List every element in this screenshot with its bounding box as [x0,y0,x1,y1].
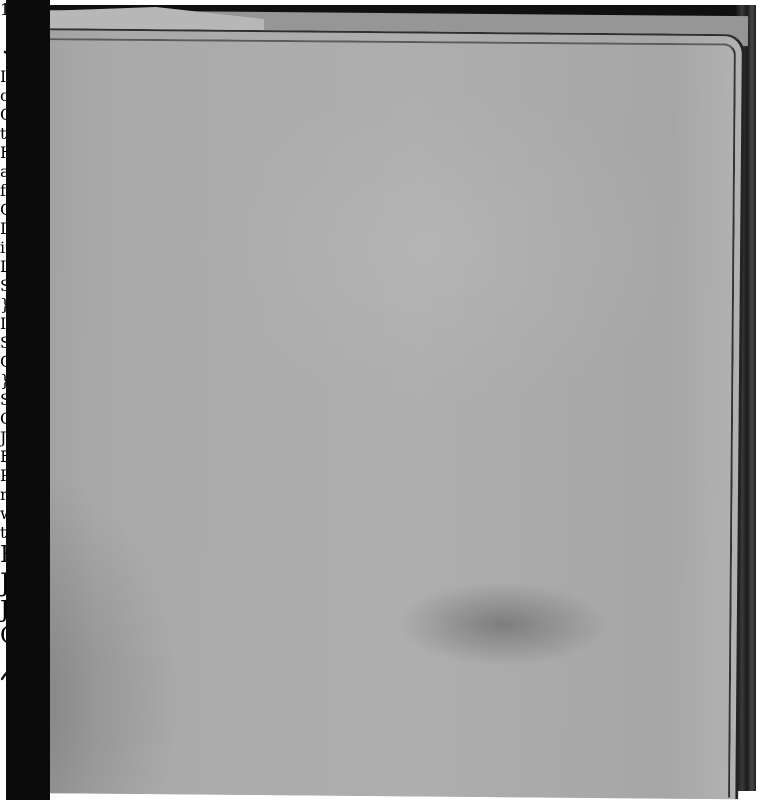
ledger-page [21,28,745,799]
scanned-ledger-document: 197 Isaac Bennett Preacher in charge of … [0,0,759,800]
binding-shadow [6,0,50,800]
